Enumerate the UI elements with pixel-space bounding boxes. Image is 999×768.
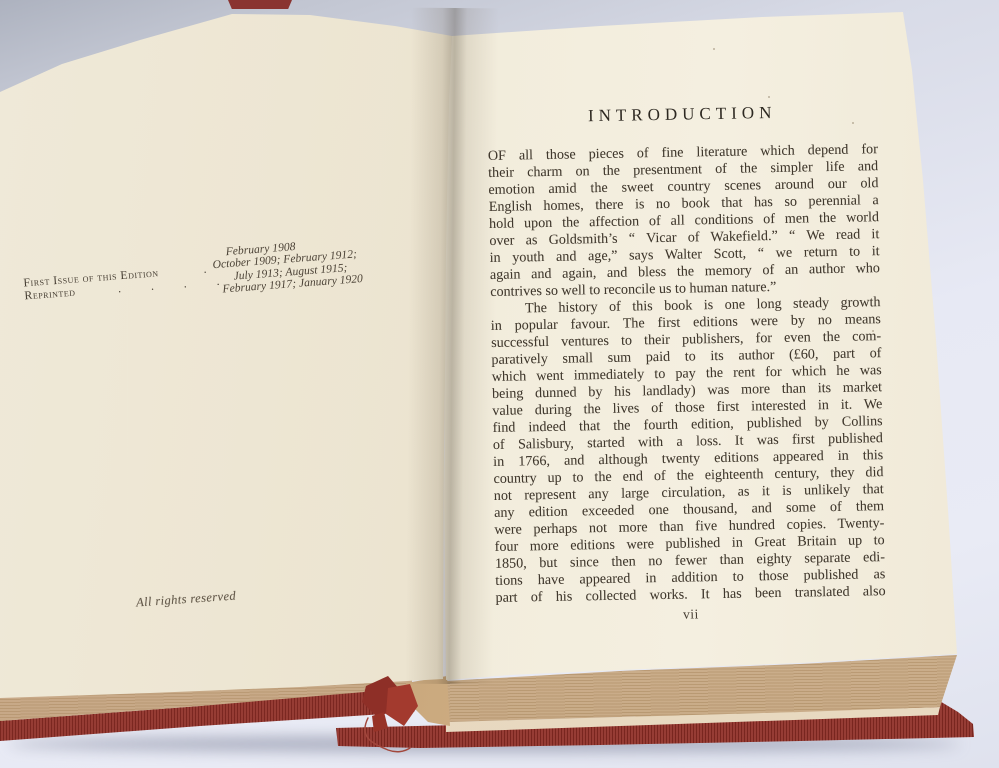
reprinted-label: Reprinted xyxy=(24,284,76,303)
open-book-photo: February 1908October 1909; February 1912… xyxy=(0,0,999,768)
paper-speck xyxy=(768,96,770,98)
introduction-title: INTRODUCTION xyxy=(487,101,877,128)
spine-cloth-fragment xyxy=(372,712,388,732)
page-number: vii xyxy=(496,603,886,626)
paper-speck xyxy=(872,330,874,332)
right-page-text-block: INTRODUCTION OF all those pieces of fine… xyxy=(487,98,886,626)
cover-top-sliver xyxy=(228,0,292,9)
introduction-paragraph-2: The history of this book is one long ste… xyxy=(490,294,885,607)
imprint-block: February 1908October 1909; February 1912… xyxy=(15,220,422,334)
paper-speck xyxy=(852,122,854,124)
spine-cloth-fragment xyxy=(386,684,418,726)
edition-dates-list: February 1908October 1909; February 1912… xyxy=(211,236,363,297)
frayed-spine-cloth xyxy=(338,668,450,768)
rights-notice: All rights reserved xyxy=(136,589,237,611)
paper-speck xyxy=(713,48,715,50)
introduction-paragraph-1: OF all those pieces of fine literature w… xyxy=(488,141,881,301)
